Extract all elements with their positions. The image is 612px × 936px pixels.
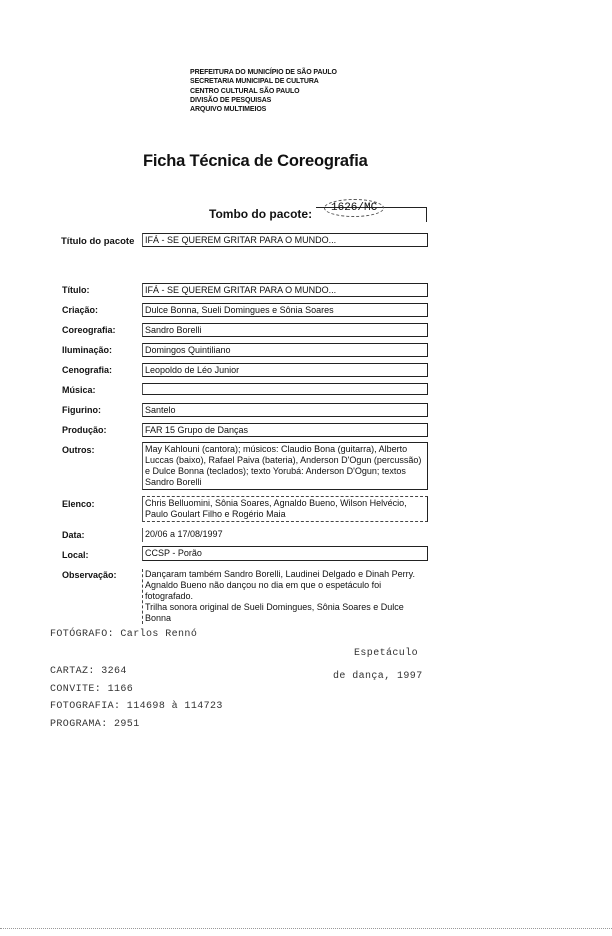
institution-header: PREFEITURA DO MUNICÍPIO DE SÃO PAULO SEC… — [190, 68, 337, 114]
header-line: ARQUIVO MULTIMEIOS — [190, 105, 337, 114]
programa-note: PROGRAMA: 2951 — [50, 719, 140, 730]
tombo-label: Tombo do pacote: — [209, 207, 312, 221]
header-line: CENTRO CULTURAL SÃO PAULO — [190, 87, 337, 96]
cartaz-note: CARTAZ: 3264 — [50, 666, 127, 677]
field-label-observacao: Observação: — [62, 570, 117, 580]
pacote-label: Título do pacote — [61, 236, 134, 247]
fotografo-note: FOTÓGRAFO: Carlos Rennó — [50, 629, 197, 640]
field-label-iluminacao: Iluminação: — [62, 345, 112, 355]
field-value-coreografia: Sandro Borelli — [142, 323, 428, 337]
field-value-iluminacao: Domingos Quintiliano — [142, 343, 428, 357]
convite-note: CONVITE: 1166 — [50, 684, 133, 695]
field-value-producao: FAR 15 Grupo de Danças — [142, 423, 428, 437]
header-line: PREFEITURA DO MUNICÍPIO DE SÃO PAULO — [190, 68, 337, 77]
tombo-value: 1626/MC — [324, 199, 384, 217]
header-line: SECRETARIA MUNICIPAL DE CULTURA — [190, 77, 337, 86]
field-value-local: CCSP - Porão — [142, 546, 428, 561]
field-label-musica: Música: — [62, 385, 96, 395]
fotografia-note: FOTOGRAFIA: 114698 à 114723 — [50, 701, 223, 712]
page-title: Ficha Técnica de Coreografia — [143, 152, 368, 171]
field-label-elenco: Elenco: — [62, 499, 95, 509]
observacao-line: Trilha sonora original de Sueli Domingue… — [145, 602, 428, 624]
field-value-titulo: IFÁ - SE QUEREM GRITAR PARA O MUNDO... — [142, 283, 428, 297]
field-value-outros: May Kahlouni (cantora); músicos: Claudio… — [142, 442, 428, 490]
field-label-outros: Outros: — [62, 445, 95, 455]
pacote-value: IFÁ - SE QUEREM GRITAR PARA O MUNDO... — [142, 233, 428, 247]
observacao-line: Dançaram também Sandro Borelli, Laudinei… — [145, 569, 428, 602]
scan-noise-line — [0, 928, 612, 933]
field-label-cenografia: Cenografia: — [62, 365, 112, 375]
field-value-musica — [142, 383, 428, 395]
field-label-titulo: Título: — [62, 285, 90, 295]
field-value-figurino: Santelo — [142, 403, 428, 417]
header-line: DIVISÃO DE PESQUISAS — [190, 96, 337, 105]
espetaculo-note-2: de dança, 1997 — [333, 671, 423, 682]
espetaculo-note-1: Espetáculo — [354, 648, 418, 659]
field-value-cenografia: Leopoldo de Léo Junior — [142, 363, 428, 377]
field-label-criacao: Criação: — [62, 305, 98, 315]
field-label-local: Local: — [62, 550, 89, 560]
field-label-coreografia: Coreografia: — [62, 325, 116, 335]
field-value-observacao: Dançaram também Sandro Borelli, Laudinei… — [142, 569, 428, 624]
field-label-data: Data: — [62, 530, 85, 540]
field-value-criacao: Dulce Bonna, Sueli Domingues e Sônia Soa… — [142, 303, 428, 317]
field-label-figurino: Figurino: — [62, 405, 101, 415]
field-value-elenco: Chris Belluomini, Sônia Soares, Agnaldo … — [142, 496, 428, 522]
field-value-data: 20/06 a 17/08/1997 — [142, 528, 428, 542]
field-label-producao: Produção: — [62, 425, 107, 435]
